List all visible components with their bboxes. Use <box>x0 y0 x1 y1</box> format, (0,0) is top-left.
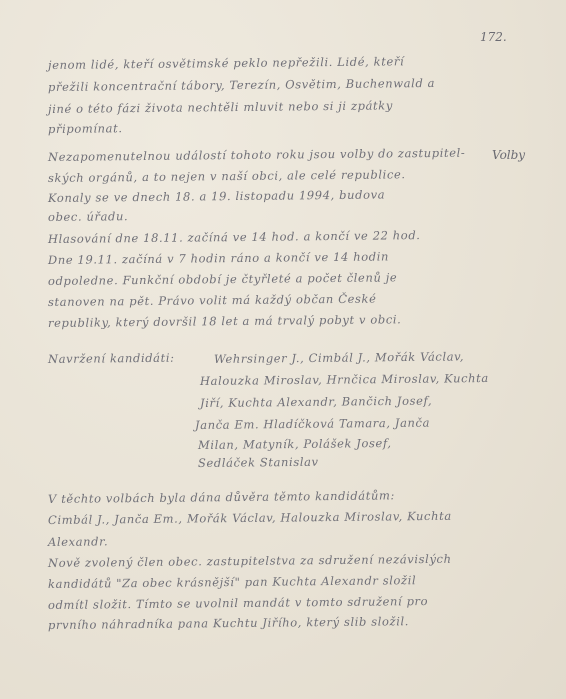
candidate-line: Jiří, Kuchta Alexandr, Bančich Josef, <box>200 394 432 410</box>
text-line: připomínat. <box>48 121 123 136</box>
text-line: jiné o této fázi života nechtěli mluvit … <box>48 98 393 116</box>
candidate-line: Sedláček Stanislav <box>198 455 319 470</box>
candidates-label: Navržení kandidáti: <box>48 351 175 366</box>
text-line: Hlasování dne 18.11. začíná ve 14 hod. a… <box>48 228 421 246</box>
page-number: 172. <box>480 30 507 44</box>
text-line: Alexandr. <box>48 534 108 549</box>
text-line: odmítl složit. Tímto se uvolnil mandát v… <box>48 594 428 612</box>
text-line: Konaly se ve dnech 18. a 19. listopadu 1… <box>48 187 385 205</box>
candidate-line: Wehrsinger J., Cimbál J., Mořák Václav, <box>214 349 464 366</box>
text-line: jenom lidé, kteří osvětimské peklo nepře… <box>48 54 404 72</box>
text-line: V těchto volbách byla dána důvěra těmto … <box>48 488 395 506</box>
candidate-line: Janča Em. Hladíčková Tamara, Janča <box>195 416 430 432</box>
text-line: obec. úřadu. <box>48 209 128 224</box>
text-line: kandidátů "Za obec krásnější" pan Kuchta… <box>48 573 416 591</box>
candidate-line: Halouzka Miroslav, Hrnčica Miroslav, Kuc… <box>200 371 489 388</box>
text-line: odpoledne. Funkční období je čtyřleté a … <box>48 270 397 288</box>
text-line: Nově zvolený člen obec. zastupitelstva z… <box>48 552 452 570</box>
text-line: republiky, který dovršil 18 let a má trv… <box>48 312 402 330</box>
handwritten-chronicle-page: 172. jenom lidé, kteří osvětimské peklo … <box>0 0 566 699</box>
text-line: Dne 19.11. začíná v 7 hodin ráno a končí… <box>48 249 389 267</box>
text-line: prvního náhradníka pana Kuchtu Jiřího, k… <box>48 614 409 632</box>
text-line: Nezapomenutelnou událostí tohoto roku js… <box>48 146 466 164</box>
text-line: přežili koncentrační tábory, Terezín, Os… <box>48 76 435 94</box>
margin-note: Volby <box>492 148 525 162</box>
text-line: Cimbál J., Janča Em., Mořák Václav, Halo… <box>48 509 452 527</box>
candidate-line: Milan, Matyník, Polášek Josef, <box>198 436 392 452</box>
text-line: ských orgánů, a to nejen v naší obci, al… <box>48 167 406 185</box>
text-line: stanoven na pět. Právo volit má každý ob… <box>48 292 377 309</box>
